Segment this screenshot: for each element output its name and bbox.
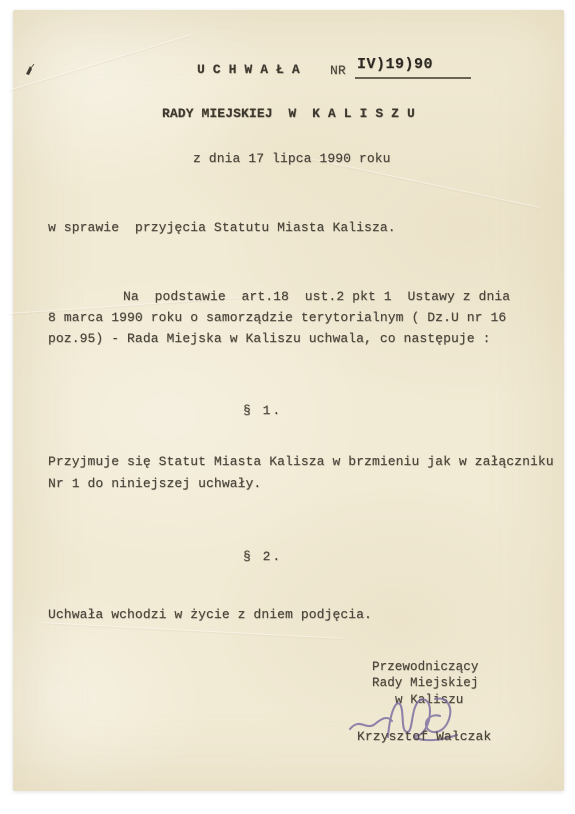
preamble-line-1: Na podstawie art.18 ust.2 pkt 1 Ustawy z… xyxy=(123,289,510,304)
ink-blot-mark xyxy=(23,63,35,77)
document-date-line: z dnia 17 lipca 1990 roku xyxy=(193,151,391,166)
paper-crease xyxy=(43,622,343,639)
resolution-number-value: IV)19)90 xyxy=(357,56,433,73)
section-1-line-2: Nr 1 do niniejszej uchwały. xyxy=(48,476,261,491)
document-paper xyxy=(13,10,564,791)
subject-line: w sprawie przyjęcia Statutu Miasta Kalis… xyxy=(48,220,396,235)
resolution-number-label: NR xyxy=(330,63,346,78)
section-1-heading: § 1. xyxy=(243,403,282,418)
preamble-line-2: 8 marca 1990 roku o samorządzie terytori… xyxy=(48,310,506,325)
number-underline xyxy=(355,77,471,79)
signer-name: Krzysztof Walczak xyxy=(357,729,491,744)
section-2-text: Uchwała wchodzi w życie z dniem podjęcia… xyxy=(48,607,372,622)
signer-role-line-2: Rady Miejskiej xyxy=(372,676,478,690)
signer-role-line-1: Przewodniczący xyxy=(372,660,478,674)
preamble-line-3: poz.95) - Rada Miejska w Kaliszu uchwala… xyxy=(48,331,490,346)
issuing-body-line: RADY MIEJSKIEJ W K A L I S Z U xyxy=(162,106,415,121)
scanner-background: U C H W A Ł A NR IV)19)90 RADY MIEJSKIEJ… xyxy=(0,0,575,814)
document-title: U C H W A Ł A xyxy=(197,62,300,77)
section-2-heading: § 2. xyxy=(243,549,282,564)
section-1-line-1: Przyjmuje się Statut Miasta Kalisza w br… xyxy=(48,454,554,469)
paper-crease xyxy=(9,34,191,91)
